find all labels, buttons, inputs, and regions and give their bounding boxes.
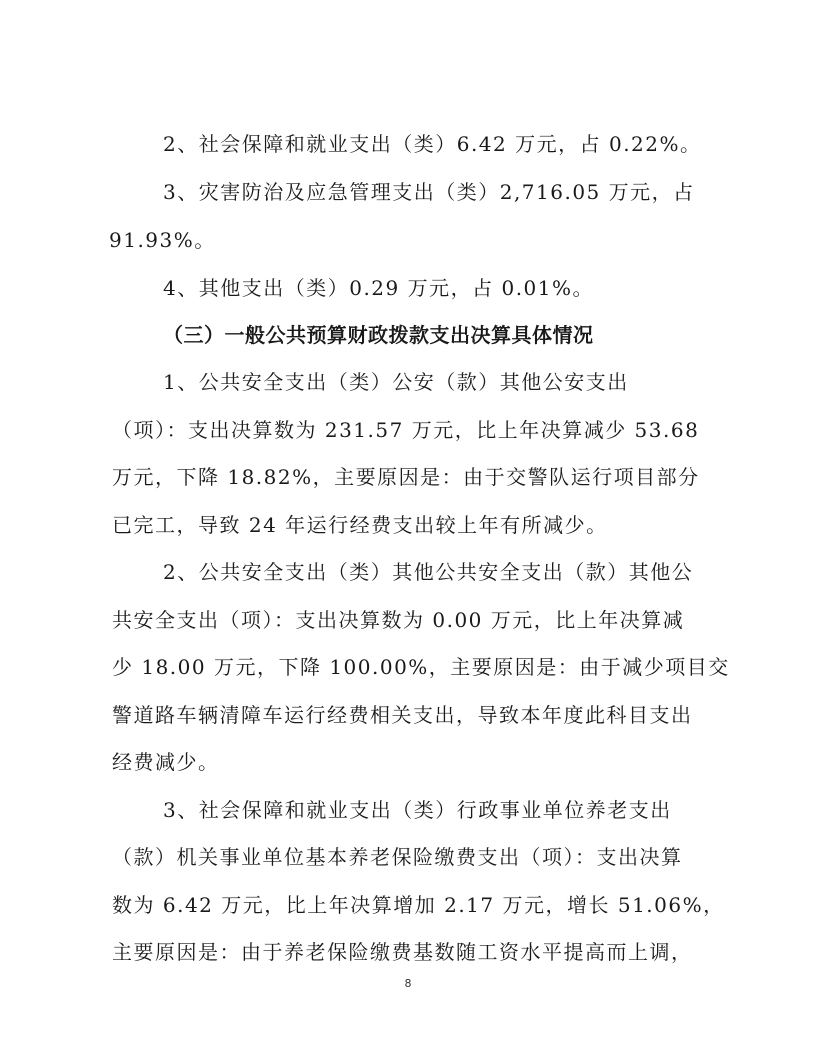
paragraph-line: 万元，下降 18.82%，主要原因是：由于交警队运行项目部分 <box>112 463 700 491</box>
paragraph-line: 数为 6.42 万元，比上年决算增加 2.17 万元，增长 51.06%， <box>112 891 725 919</box>
section-heading: （三）一般公共预算财政拨款支出决算具体情况 <box>163 321 594 349</box>
paragraph-line: 警道路车辆清障车运行经费相关支出，导致本年度此科目支出 <box>112 701 693 729</box>
paragraph-line: 1、公共安全支出（类）公安（款）其他公安支出 <box>163 368 629 396</box>
paragraph-line: 2、公共安全支出（类）其他公共安全支出（款）其他公 <box>163 558 693 586</box>
paragraph-line: 少 18.00 万元，下降 100.00%，主要原因是：由于减少项目交 <box>112 653 730 681</box>
paragraph-line: 4、其他支出（类）0.29 万元，占 0.01%。 <box>163 274 594 302</box>
paragraph-line: 91.93%。 <box>109 226 216 254</box>
paragraph-line: 3、社会保障和就业支出（类）行政事业单位养老支出 <box>163 796 672 824</box>
paragraph-line: 主要原因是：由于养老保险缴费基数随工资水平提高而上调， <box>112 938 693 966</box>
paragraph-line: （项）：支出决算数为 231.57 万元，比上年决算减少 53.68 <box>112 416 699 444</box>
paragraph-line: 3、灾害防治及应急管理支出（类）2,716.05 万元，占 <box>163 178 695 206</box>
paragraph-line: 2、社会保障和就业支出（类）6.42 万元，占 0.22%。 <box>163 130 702 158</box>
paragraph-line: 已完工，导致 24 年运行经费支出较上年有所减少。 <box>112 511 608 539</box>
page-number: 8 <box>0 977 816 990</box>
paragraph-line: 共安全支出（项）：支出决算数为 0.00 万元，比上年决算减 <box>112 606 684 634</box>
paragraph-line: （款）机关事业单位基本养老保险缴费支出（项）：支出决算 <box>112 843 683 871</box>
paragraph-line: 经费减少。 <box>112 748 220 776</box>
